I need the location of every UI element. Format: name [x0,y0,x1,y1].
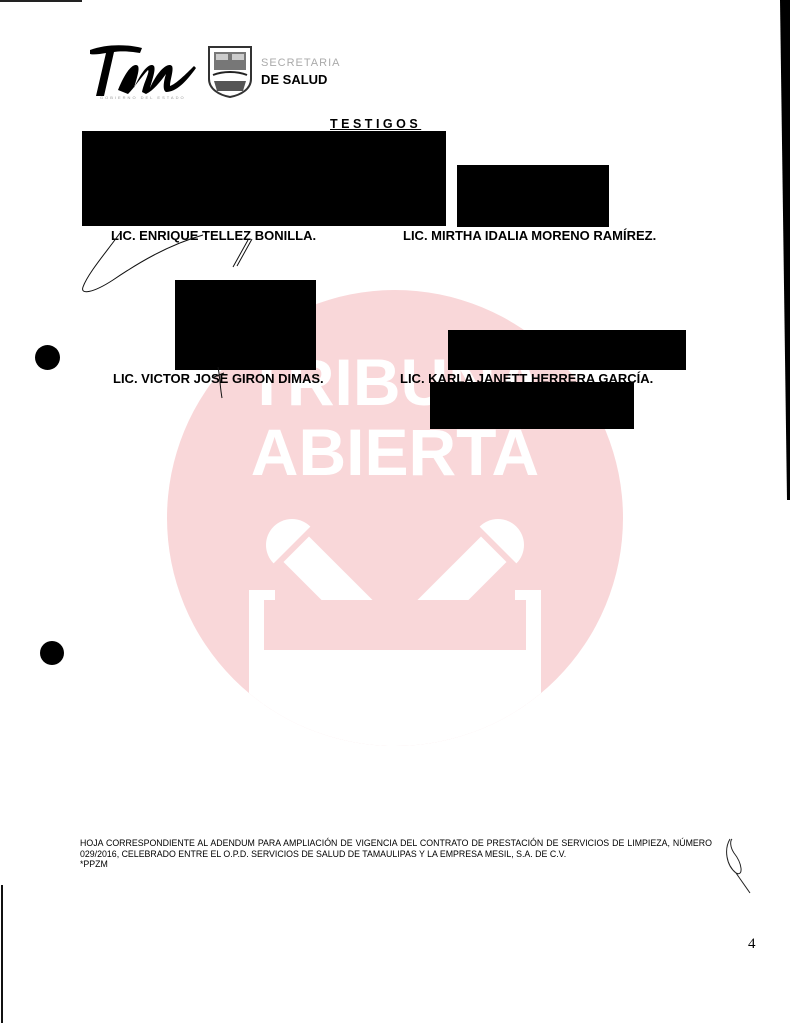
signature [210,365,230,400]
section-title: TESTIGOS [330,117,421,131]
tamaulipas-logo: GOBIERNO DEL ESTADO [86,40,198,100]
redaction-box [430,382,634,429]
punch-hole [35,345,60,370]
scan-edge-line [1,885,3,1023]
svg-text:GOBIERNO DEL ESTADO: GOBIERNO DEL ESTADO [100,95,186,100]
department-name-bold: DE SALUD [261,72,327,87]
page-number: 4 [748,936,756,953]
footer-text: HOJA CORRESPONDIENTE AL ADENDUM PARA AMP… [80,838,712,859]
department-name: SECRETARIA [261,57,340,69]
scan-edge-line [0,0,82,2]
punch-hole [40,641,64,665]
state-coat-of-arms [205,43,255,99]
redaction-box [82,131,446,226]
redaction-box [175,280,316,370]
witness-name: LIC. KARLA JANETT HERRERA GARCÍA. [400,371,653,386]
footer-note: HOJA CORRESPONDIENTE AL ADENDUM PARA AMP… [80,838,712,870]
witness-name: LIC. MIRTHA IDALIA MORENO RAMÍREZ. [403,228,656,243]
scan-edge-shadow [780,0,790,500]
initials-signature [722,835,754,895]
redaction-box [448,330,686,370]
footer-initials: *PPZM [80,859,712,870]
redaction-box [457,165,609,227]
